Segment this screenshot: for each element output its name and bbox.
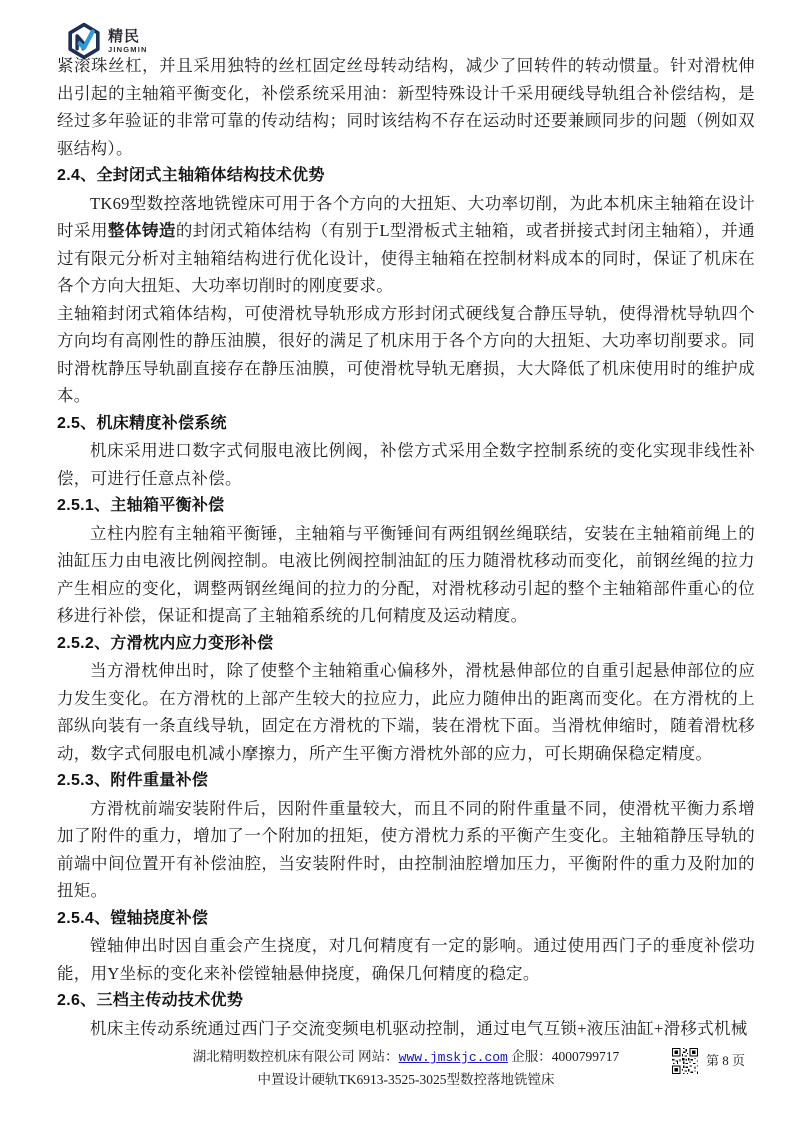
page-number: 第 8 页	[706, 1050, 745, 1072]
paragraph-2-5-3: 方滑枕前端安装附件后，因附件重量较大，而且不同的附件重量不同，使滑枕平衡力系增加…	[57, 795, 755, 905]
section-heading-2-5-3: 2.5.3、附件重量补偿	[57, 767, 755, 795]
section-heading-2-6: 2.6、三档主传动技术优势	[57, 987, 755, 1015]
brand-name-cn: 精民	[108, 29, 148, 44]
paragraph-2-5-2: 当方滑枕伸出时，除了使整个主轴箱重心偏移外，滑枕悬伸部位的自重引起悬伸部位的应力…	[57, 657, 755, 767]
paragraph-continuation: 紧滚珠丝杠，并且采用独特的丝杠固定丝母转动结构，减少了回转件的转动惯量。针对滑枕…	[57, 52, 755, 162]
footer-company-line: 湖北精明数控机床有限公司 网站：www.jmskjc.com 企服：400079…	[57, 1046, 755, 1069]
footer-company-text: 湖北精明数控机床有限公司 网站：	[193, 1049, 399, 1064]
section-heading-2-5-1: 2.5.1、主轴箱平衡补偿	[57, 492, 755, 520]
website-link[interactable]: www.jmskjc.com	[399, 1050, 508, 1065]
paragraph-2-5-4: 镗轴伸出时因自重会产生挠度，对几何精度有一定的影响。通过使用西门子的垂度补偿功能…	[57, 932, 755, 987]
section-heading-2-4: 2.4、全封闭式主轴箱体结构技术优势	[57, 162, 755, 190]
qr-code	[672, 1048, 698, 1074]
document-body: 紧滚珠丝杠，并且采用独特的丝杠固定丝母转动结构，减少了回转件的转动惯量。针对滑枕…	[57, 52, 755, 1042]
paragraph-2-4b: 主轴箱封闭式箱体结构，可使滑枕导轨形成方形封闭式硬线复合静压导轨，使得滑枕导轨四…	[57, 300, 755, 410]
footer-product-line: 中置设计硬轨TK6913-3525-3025型数控落地铣镗床	[57, 1069, 755, 1091]
document-page: 精民 JINGMIN 紧滚珠丝杠，并且采用独特的丝杠固定丝母转动结构，减少了回转…	[0, 0, 800, 1133]
paragraph-2-4-bold-term: 整体铸造	[108, 221, 176, 240]
page-footer: 湖北精明数控机床有限公司 网站：www.jmskjc.com 企服：400079…	[57, 1046, 755, 1091]
paragraph-2-6: 机床主传动系统通过西门子交流变频电机驱动控制，通过电气互锁+液压油缸+滑移式机械	[57, 1015, 755, 1043]
section-heading-2-5-2: 2.5.2、方滑枕内应力变形补偿	[57, 630, 755, 658]
paragraph-2-4: TK69型数控落地铣镗床可用于各个方向的大扭矩、大功率切削，为此本机床主轴箱在设…	[57, 190, 755, 300]
section-heading-2-5-4: 2.5.4、镗轴挠度补偿	[57, 905, 755, 933]
paragraph-2-5-1: 立柱内腔有主轴箱平衡锤，主轴箱与平衡锤间有两组钢丝绳联结，安装在主轴箱前绳上的油…	[57, 520, 755, 630]
footer-service-phone: 企服：4000799717	[508, 1049, 619, 1064]
paragraph-2-5: 机床采用进口数字式伺服电液比例阀，补偿方式采用全数字控制系统的变化实现非线性补偿…	[57, 437, 755, 492]
section-heading-2-5: 2.5、机床精度补偿系统	[57, 410, 755, 438]
